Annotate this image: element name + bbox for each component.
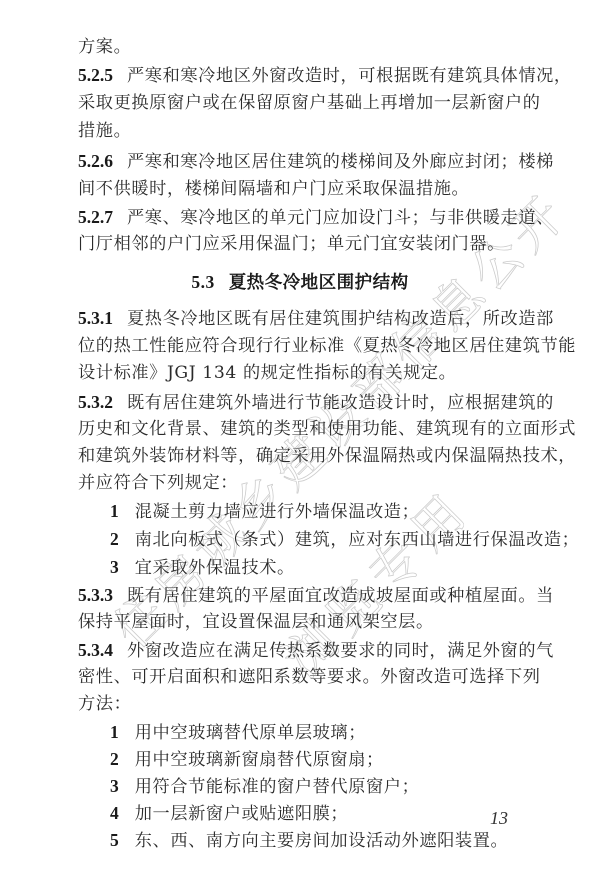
clause-text: 严寒和寒冷地区外窗改造时，可根据既有建筑具体情况， [127, 66, 572, 86]
text-line: 保持平屋面时，宜设置保温层和通风架空层。 [78, 609, 530, 636]
text-line: 门厅相邻的户门应采用保温门；单元门宜安装闭门器。 [78, 231, 530, 258]
item-number: 3 [110, 557, 119, 577]
item-number: 3 [110, 776, 119, 796]
clause-number: 5.2.7 [78, 207, 113, 227]
text-line: 密性、可开启面积和遮阳系数等要求。外窗改造可选择下列 [78, 664, 530, 691]
item-text: 南北向板式（条式）建筑，应对东西山墙进行保温改造； [135, 530, 580, 550]
line-text: 措施。 [78, 121, 131, 141]
list-item: 2南北向板式（条式）建筑，应对东西山墙进行保温改造； [110, 526, 530, 553]
text-line: 间不供暖时，楼梯间隔墙和户门应采取保温措施。 [78, 176, 530, 203]
clause-number: 5.3.1 [78, 308, 113, 328]
text-line: 设计标准》JGJ 134 的规定性指标的有关规定。 [78, 360, 530, 387]
clause-5-3-3: 5.3.3既有居住建筑的平屋面宜改造成坡屋面或种植屋面。当 [78, 582, 530, 609]
section-title: 夏热冬冷地区围护结构 [229, 273, 409, 293]
item-number: 1 [110, 501, 119, 521]
page-number: 13 [490, 808, 508, 829]
line-text: 并应符合下列规定： [78, 473, 238, 493]
clause-5-3-4: 5.3.4外窗改造应在满足传热系数要求的同时，满足外窗的气 [78, 637, 530, 664]
item-text: 加一层新窗户或贴遮阳膜； [135, 804, 348, 824]
text-line: 和建筑外装饰材料等，确定采用外保温隔热或内保温隔热技术， [78, 443, 530, 470]
line-text: 密性、可开启面积和遮阳系数等要求。外窗改造可选择下列 [78, 667, 540, 687]
line-text: 保持平屋面时，宜设置保温层和通风架空层。 [78, 612, 434, 632]
item-text: 用中空玻璃新窗扇替代原窗扇； [135, 750, 384, 770]
item-number: 2 [110, 529, 119, 549]
line-text: 位的热工性能应符合现行行业标准《夏热冬冷地区居住建筑节能 [78, 336, 576, 356]
clause-5-3-2: 5.3.2既有居住建筑外墙进行节能改造设计时，应根据建筑的 [78, 389, 530, 416]
list-item: 5东、西、南方向主要房间加设活动外遮阳装置。 [110, 827, 530, 854]
line-text: 方案。 [78, 37, 131, 57]
line-text: 间不供暖时，楼梯间隔墙和户门应采取保温措施。 [78, 179, 469, 199]
line-text: 方法： [78, 694, 131, 714]
text-line: 位的热工性能应符合现行行业标准《夏热冬冷地区居住建筑节能 [78, 333, 530, 360]
clause-5-2-7: 5.2.7严寒、寒冷地区的单元门应加设门斗；与非供暖走道、 [78, 204, 530, 231]
text-line: 措施。 [78, 118, 530, 145]
list-item: 2用中空玻璃新窗扇替代原窗扇； [110, 746, 530, 773]
clause-text: 外窗改造应在满足传热系数要求的同时，满足外窗的气 [127, 641, 554, 661]
line-text: 采取更换原窗户或在保留原窗户基础上再增加一层新窗户的 [78, 93, 540, 113]
item-text: 用符合节能标准的窗户替代原窗户； [135, 777, 420, 797]
clause-text: 严寒和寒冷地区居住建筑的楼梯间及外廊应封闭；楼梯 [127, 152, 554, 172]
section-number: 5.3 [191, 272, 214, 292]
item-number: 2 [110, 749, 119, 769]
section-heading: 5.3夏热冬冷地区围护结构 [0, 268, 600, 296]
line-text: 设计标准》JGJ 134 的规定性指标的有关规定。 [78, 363, 456, 383]
clause-number: 5.2.5 [78, 65, 113, 85]
clause-number: 5.2.6 [78, 151, 113, 171]
item-text: 用中空玻璃替代原单层玻璃； [135, 723, 366, 743]
clause-5-3-1: 5.3.1夏热冬冷地区既有居住建筑围护结构改造后，所改造部 [78, 305, 530, 332]
item-number: 4 [110, 803, 119, 823]
clause-text: 既有居住建筑外墙进行节能改造设计时，应根据建筑的 [127, 393, 554, 413]
clause-number: 5.3.3 [78, 585, 113, 605]
clause-text: 夏热冬冷地区既有居住建筑围护结构改造后，所改造部 [127, 309, 554, 329]
text-line: 并应符合下列规定： [78, 470, 530, 497]
item-number: 1 [110, 722, 119, 742]
line-text: 门厅相邻的户门应采用保温门；单元门宜安装闭门器。 [78, 234, 505, 254]
list-item: 3宜采取外保温技术。 [110, 554, 530, 581]
item-text: 宜采取外保温技术。 [135, 558, 295, 578]
list-item: 1混凝土剪力墙应进行外墙保温改造； [110, 498, 530, 525]
clause-text: 既有居住建筑的平屋面宜改造成坡屋面或种植屋面。当 [127, 586, 554, 606]
item-number: 5 [110, 830, 119, 850]
document-page: 方案。 5.2.5严寒和寒冷地区外窗改造时，可根据既有建筑具体情况， 采取更换原… [0, 0, 600, 869]
list-item: 3用符合节能标准的窗户替代原窗户； [110, 773, 530, 800]
clause-text: 严寒、寒冷地区的单元门应加设门斗；与非供暖走道、 [127, 208, 554, 228]
clause-number: 5.3.2 [78, 392, 113, 412]
item-text: 混凝土剪力墙应进行外墙保温改造； [135, 502, 420, 522]
list-item: 4加一层新窗户或贴遮阳膜； [110, 800, 530, 827]
text-line: 历史和文化背景、建筑的类型和使用功能、建筑现有的立面形式 [78, 416, 530, 443]
clause-5-2-6: 5.2.6严寒和寒冷地区居住建筑的楼梯间及外廊应封闭；楼梯 [78, 148, 530, 175]
text-line: 方案。 [78, 34, 530, 61]
text-line: 采取更换原窗户或在保留原窗户基础上再增加一层新窗户的 [78, 90, 530, 117]
text-line: 方法： [78, 691, 530, 718]
clause-5-2-5: 5.2.5严寒和寒冷地区外窗改造时，可根据既有建筑具体情况， [78, 62, 530, 89]
item-text: 东、西、南方向主要房间加设活动外遮阳装置。 [135, 831, 509, 851]
line-text: 历史和文化背景、建筑的类型和使用功能、建筑现有的立面形式 [78, 419, 576, 439]
clause-number: 5.3.4 [78, 640, 113, 660]
line-text: 和建筑外装饰材料等，确定采用外保温隔热或内保温隔热技术， [78, 446, 576, 466]
list-item: 1用中空玻璃替代原单层玻璃； [110, 719, 530, 746]
